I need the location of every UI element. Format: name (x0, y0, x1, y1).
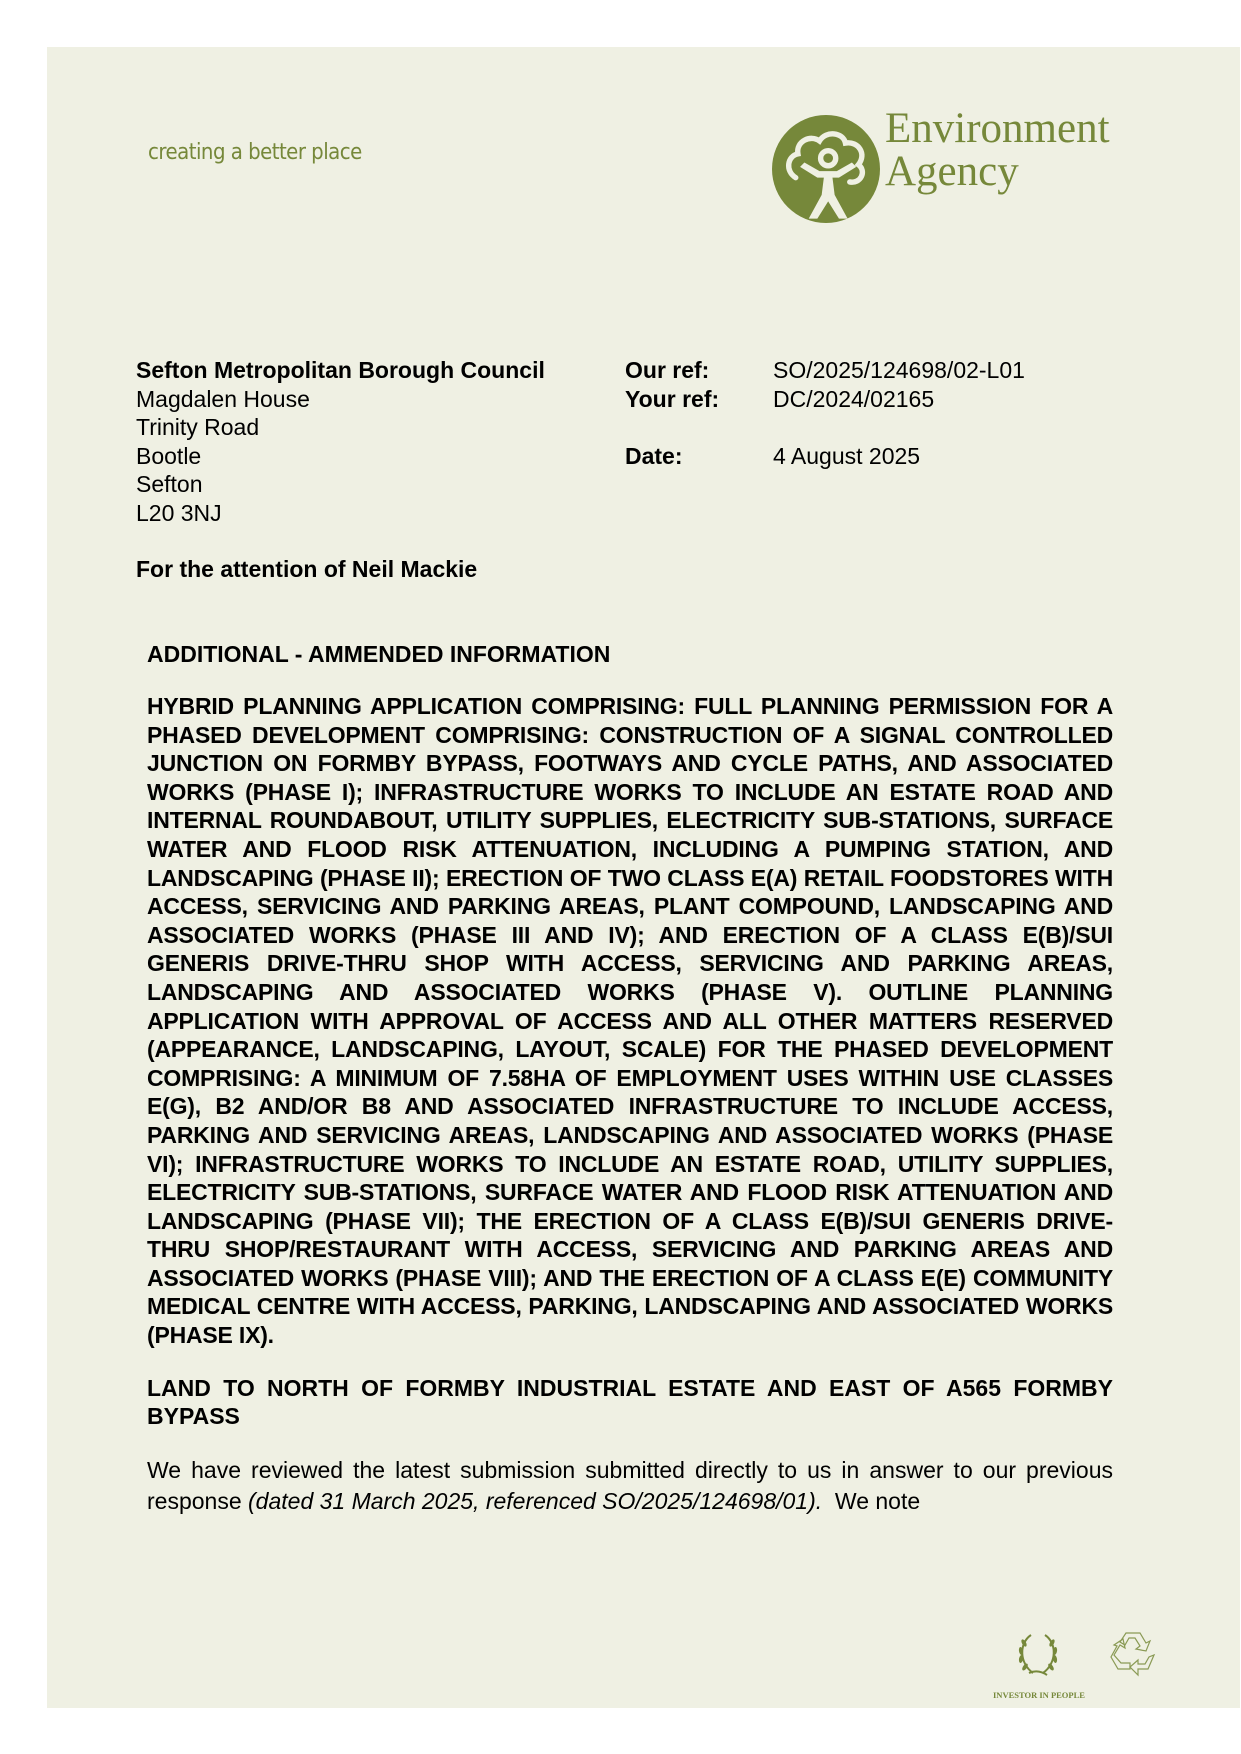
address-line: Trinity Road (136, 413, 545, 442)
date-value: 4 August 2025 (773, 442, 920, 471)
tagline: creating a better place (148, 140, 362, 165)
date-label: Date: (625, 442, 773, 471)
site-address: LAND TO NORTH OF FORMBY INDUSTRIAL ESTAT… (147, 1374, 1113, 1431)
section-heading: ADDITIONAL - AMMENDED INFORMATION (147, 640, 1113, 668)
application-description: HYBRID PLANNING APPLICATION COMPRISING: … (147, 692, 1113, 1350)
recycle-icon (1108, 1629, 1160, 1679)
logo-wordmark: Environment Agency (885, 107, 1110, 193)
your-ref-row: Your ref: DC/2024/02165 (625, 385, 1025, 414)
letter-body: ADDITIONAL - AMMENDED INFORMATION HYBRID… (147, 640, 1113, 1517)
address-line: Magdalen House (136, 385, 545, 414)
recipient-organisation: Sefton Metropolitan Borough Council (136, 356, 545, 385)
environment-agency-logo: Environment Agency (772, 115, 1152, 225)
footer-logos: INVESTOR IN PEOPLE (985, 1625, 1185, 1715)
our-ref-label: Our ref: (625, 356, 773, 385)
date-row: Date: 4 August 2025 (625, 442, 1025, 471)
recipient-address: Sefton Metropolitan Borough Council Magd… (136, 356, 545, 527)
tree-person-icon (772, 115, 880, 223)
address-line: L20 3NJ (136, 499, 545, 528)
address-line: Bootle (136, 442, 545, 471)
investor-in-people-label: INVESTOR IN PEOPLE (993, 1690, 1085, 1700)
body-paragraph: We have reviewed the latest submission s… (147, 1455, 1113, 1517)
our-ref-row: Our ref: SO/2025/124698/02-L01 (625, 356, 1025, 385)
laurel-wreath-icon (1013, 1629, 1063, 1679)
paragraph-reference: (dated 31 March 2025, referenced SO/2025… (248, 1488, 822, 1514)
logo-line-1: Environment (885, 107, 1110, 150)
address-line: Sefton (136, 470, 545, 499)
logo-line-2: Agency (885, 150, 1110, 193)
attention-line: For the attention of Neil Mackie (136, 556, 477, 583)
paragraph-text: We note (822, 1488, 920, 1514)
your-ref-label: Your ref: (625, 385, 773, 414)
our-ref-value: SO/2025/124698/02-L01 (773, 356, 1025, 385)
reference-block: Our ref: SO/2025/124698/02-L01 Your ref:… (625, 356, 1025, 470)
your-ref-value: DC/2024/02165 (773, 385, 934, 414)
